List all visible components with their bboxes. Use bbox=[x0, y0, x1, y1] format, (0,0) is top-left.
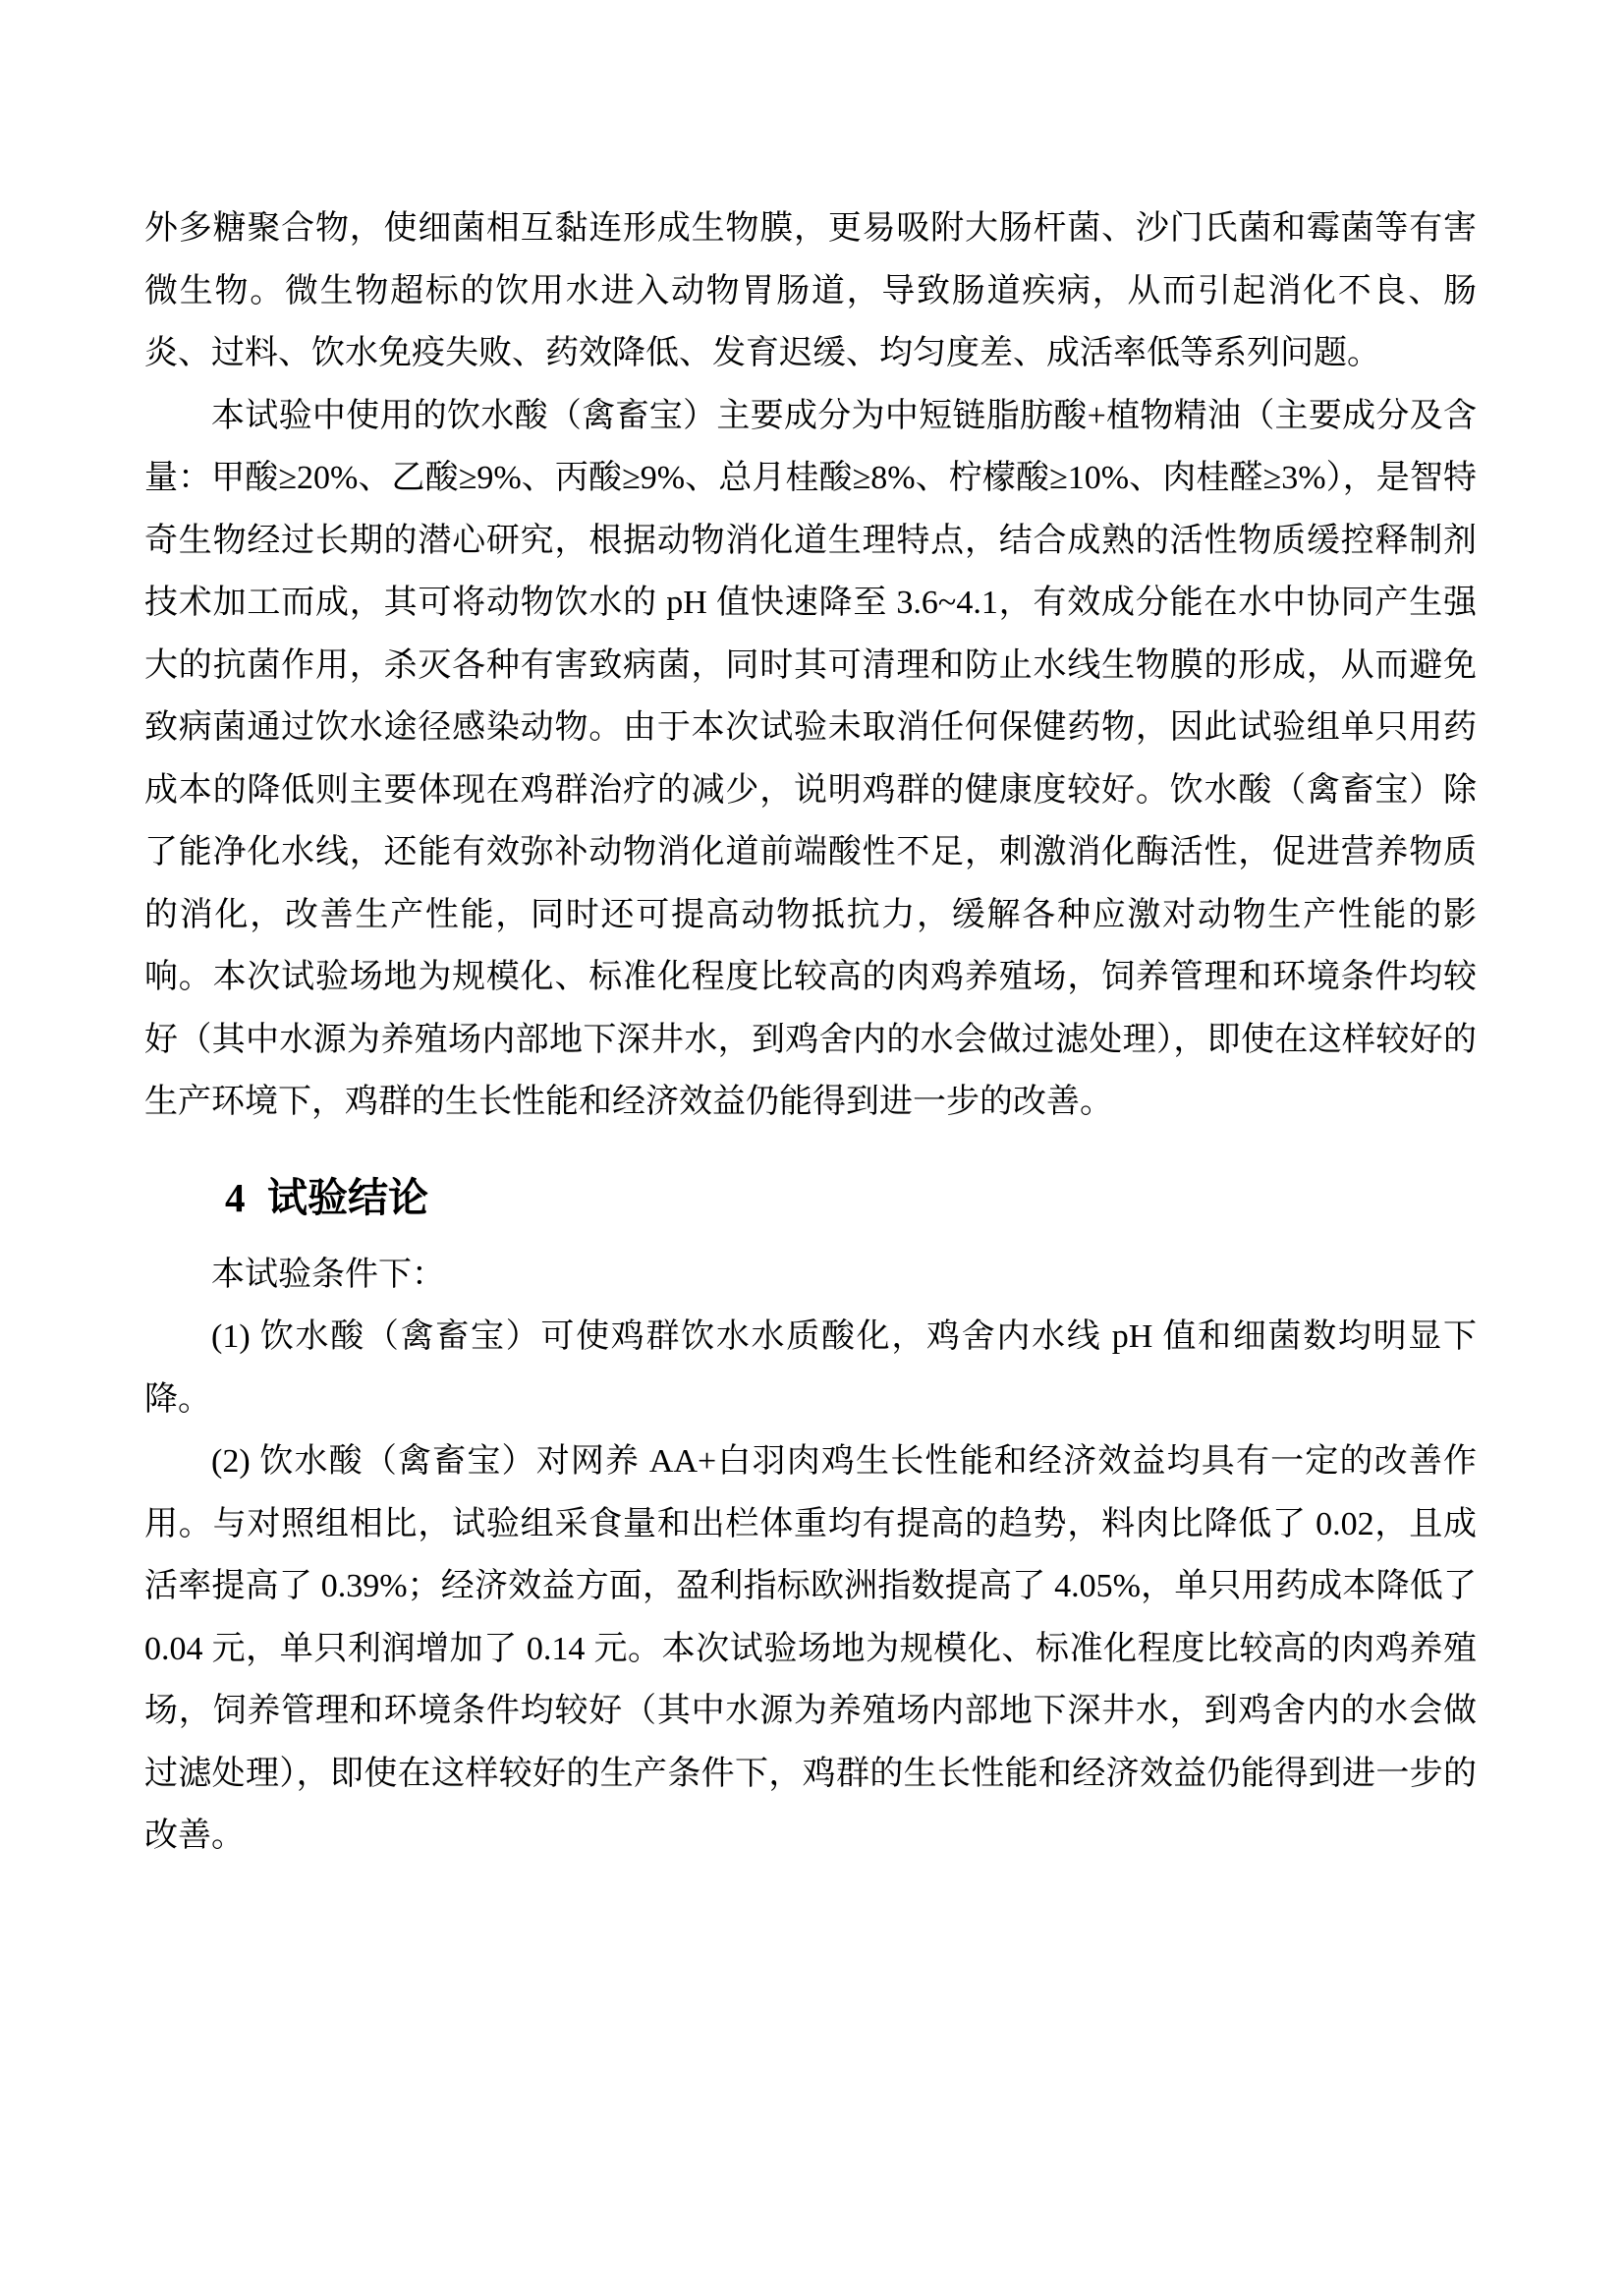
body-paragraph-product-discussion: 本试验中使用的饮水酸（禽畜宝）主要成分为中短链脂肪酸+植物精油（主要成分及含量：… bbox=[144, 385, 1477, 1134]
section-heading-number: 4 bbox=[225, 1175, 246, 1220]
body-paragraph-overflow: 外多糖聚合物，使细菌相互黏连形成生物膜，更易吸附大肠杆菌、沙门氏菌和霉菌等有害微… bbox=[144, 197, 1477, 385]
section-heading: 4试验结论 bbox=[144, 1165, 1477, 1230]
conclusion-item-1: (1) 饮水酸（禽畜宝）可使鸡群饮水水质酸化，鸡舍内水线 pH 值和细菌数均明显… bbox=[144, 1306, 1477, 1430]
conclusion-intro: 本试验条件下： bbox=[144, 1244, 1477, 1307]
conclusion-item-2: (2) 饮水酸（禽畜宝）对网养 AA+白羽肉鸡生长性能和经济效益均具有一定的改善… bbox=[144, 1430, 1477, 1868]
document-page: 外多糖聚合物，使细菌相互黏连形成生物膜，更易吸附大肠杆菌、沙门氏菌和霉菌等有害微… bbox=[0, 0, 1624, 2296]
section-heading-title: 试验结论 bbox=[267, 1175, 428, 1220]
